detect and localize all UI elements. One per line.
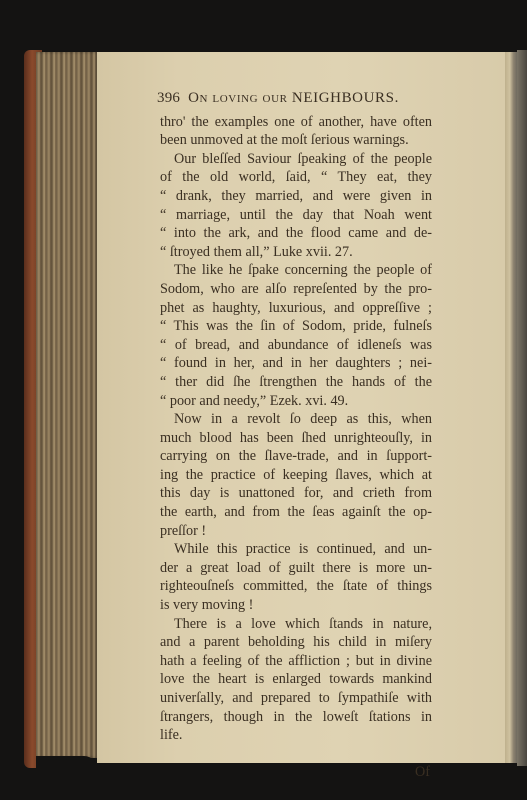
text-line: of the old world, ſaid, “ They eat, they bbox=[160, 168, 432, 187]
text-line: righteouſneſs committed, the ſtate of th… bbox=[160, 577, 432, 596]
text-line: “ This was the ſin of Sodom, pride, fuln… bbox=[160, 317, 432, 336]
text-line: ing the practice of keeping ſlaves, whic… bbox=[160, 466, 432, 485]
running-head-title: On loving our NEIGHBOURS. bbox=[188, 89, 399, 108]
text-line: this day is unattoned for, and crieth fr… bbox=[160, 484, 432, 503]
text-line: der a great load of guilt there is more … bbox=[160, 559, 432, 578]
text-line: “ poor and needy,” Ezek. xvi. 49. bbox=[160, 392, 432, 411]
text-line: phet as haughty, luxurious, and oppreſſi… bbox=[160, 299, 432, 318]
text-line: carrying on the ſlave-trade, and in ſupp… bbox=[160, 447, 432, 466]
text-line: love the heart is enlarged towards manki… bbox=[160, 670, 432, 689]
text-line: preſſor ! bbox=[160, 522, 432, 541]
text-line: “ found in her, and in her daughters ; n… bbox=[160, 354, 432, 373]
text-line: “ marriage, until the day that Noah went bbox=[160, 206, 432, 225]
text-line: Now in a revolt ſo deep as this, when bbox=[160, 410, 432, 429]
text-line: While this practice is continued, and un… bbox=[160, 540, 432, 559]
text-line: life. bbox=[160, 726, 432, 745]
page-text: 396 On loving our NEIGHBOURS. thro' the … bbox=[160, 89, 432, 781]
text-line: “ drank, they married, and were given in bbox=[160, 187, 432, 206]
catchword: Of bbox=[160, 763, 432, 782]
book-photo: 396 On loving our NEIGHBOURS. thro' the … bbox=[0, 0, 527, 800]
running-header: 396 On loving our NEIGHBOURS. bbox=[157, 89, 432, 108]
text-line: The like he ſpake concerning the people … bbox=[160, 261, 432, 280]
text-line: and a parent beholding his child in miſe… bbox=[160, 633, 432, 652]
page-edges-stack bbox=[36, 52, 98, 758]
text-line: Sodom, who are alſo repreſented by the p… bbox=[160, 280, 432, 299]
text-line: There is a love which ſtands in nature, bbox=[160, 615, 432, 634]
text-line: been unmoved at the moſt ſerious warning… bbox=[160, 131, 432, 150]
text-line: univerſally, and prepared to ſympathiſe … bbox=[160, 689, 432, 708]
text-line: ſtrangers, though in the loweſt ſtations… bbox=[160, 708, 432, 727]
text-line: “ ſtroyed them all,” Luke xvii. 27. bbox=[160, 243, 432, 262]
text-line: thro' the examples one of another, have … bbox=[160, 113, 432, 132]
body-text: thro' the examples one of another, have … bbox=[160, 113, 432, 745]
page-right-edge bbox=[505, 52, 517, 763]
text-line: “ into the ark, and the flood came and d… bbox=[160, 224, 432, 243]
text-line: “ ther did ſhe ſtrengthen the hands of t… bbox=[160, 373, 432, 392]
text-line: Our bleſſed Saviour ſpeaking of the peop… bbox=[160, 150, 432, 169]
text-line: hath a feeling of the affliction ; but i… bbox=[160, 652, 432, 671]
text-line: much blood has been ſhed unrighteouſly, … bbox=[160, 429, 432, 448]
book-cover-right bbox=[517, 50, 527, 766]
page-number: 396 bbox=[157, 89, 180, 108]
text-line: “ of bread, and abundance of idleneſs wa… bbox=[160, 336, 432, 355]
text-line: the earth, and from the ſeas againſt the… bbox=[160, 503, 432, 522]
text-line: is very moving ! bbox=[160, 596, 432, 615]
